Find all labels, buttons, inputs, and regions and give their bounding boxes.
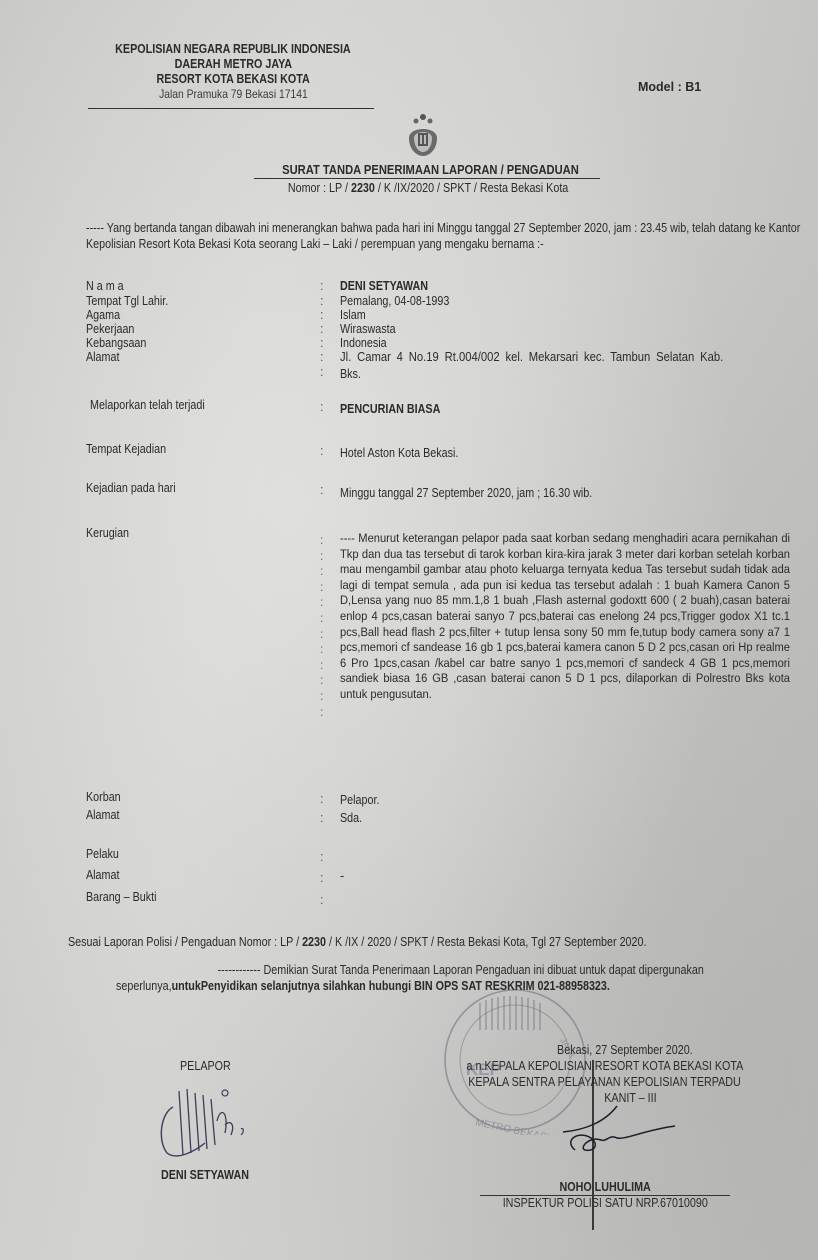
value-nama: DENI SETYAWAN — [340, 279, 442, 293]
colon-column: :::::::::::: — [320, 533, 326, 720]
label-melaporkan: Melaporkan telah terjadi — [90, 398, 223, 412]
value-kebangsaan: Indonesia — [340, 336, 394, 350]
officer-rank: INSPEKTUR POLISI SATU NRP.67010090 — [420, 1196, 790, 1210]
colon: : — [320, 444, 323, 458]
colon: : — [320, 850, 323, 864]
label-pelaku-alamat: Alamat — [86, 868, 125, 882]
header-divider — [88, 108, 374, 109]
colon: : — [320, 871, 323, 885]
closing-paragraph: ------------ Demikian Surat Tanda Peneri… — [116, 962, 806, 994]
colon: : — [320, 365, 323, 379]
reporter-title: PELAPOR — [180, 1059, 239, 1073]
header-line-3: RESORT KOTA BEKASI KOTA — [156, 72, 309, 87]
officer-signature-block: Bekasi, 27 September 2020. a.n.KEPALA KE… — [420, 1042, 790, 1106]
on-behalf-line: a.n.KEPALA KEPOLISIAN RESORT KOTA BEKASI… — [467, 1058, 744, 1074]
value-ttl: Pemalang, 04-08-1993 — [340, 294, 467, 308]
title-underline — [254, 178, 600, 179]
colon: : — [320, 400, 323, 414]
value-agama: Islam — [340, 308, 370, 322]
label-barang-bukti: Barang – Bukti — [86, 890, 168, 904]
label-pelaku: Pelaku — [86, 847, 124, 861]
intro-paragraph: ----- Yang bertanda tangan dibawah ini m… — [86, 220, 812, 252]
colon: : — [320, 308, 323, 322]
label-kejadian-pada-hari: Kejadian pada hari — [86, 481, 190, 495]
colon: : — [320, 294, 323, 308]
value-alamat-line-2: Bks. — [340, 367, 364, 381]
value-alamat: Jl. Camar 4 No.19 Rt.004/002 kel. Mekars… — [340, 350, 790, 364]
value-pekerjaan: Wiraswasta — [340, 322, 405, 336]
colon: : — [320, 792, 323, 806]
officer-name: NOHO LUHULIMA — [420, 1180, 790, 1194]
label-korban: Korban — [86, 790, 126, 804]
label-ttl: Tempat Tgl Lahir. — [86, 294, 182, 308]
institution-header: KEPOLISIAN NEGARA REPUBLIK INDONESIA DAE… — [88, 42, 378, 102]
label-pekerjaan: Pekerjaan — [86, 322, 142, 336]
document-number: Nomor : LP / 2230 / K /IX/2020 / SPKT / … — [258, 181, 598, 195]
form-model: Model : B1 — [638, 80, 701, 94]
value-kerugian: ---- Menurut keterangan pelapor pada saa… — [340, 531, 790, 703]
unit-line: KEPALA SENTRA PELAYANAN KEPOLISIAN TERPA… — [469, 1074, 742, 1090]
label-kerugian: Kerugian — [86, 526, 136, 540]
document-paper: KEPOLISIAN NEGARA REPUBLIK INDONESIA DAE… — [0, 0, 818, 1260]
colon: : — [320, 279, 323, 293]
value-pelaku-alamat: - — [340, 869, 344, 883]
place-date: Bekasi, 27 September 2020. — [557, 1042, 693, 1058]
reporter-signature-icon — [155, 1085, 265, 1165]
value-melaporkan: PENCURIAN BIASA — [340, 402, 457, 416]
colon: : — [320, 322, 323, 336]
officer-signature-icon — [555, 1100, 685, 1160]
label-alamat: Alamat — [86, 350, 125, 364]
label-agama: Agama — [86, 308, 126, 322]
value-tempat-kejadian: Hotel Aston Kota Bekasi. — [340, 446, 478, 460]
header-line-1: KEPOLISIAN NEGARA REPUBLIK INDONESIA — [115, 42, 351, 57]
label-korban-alamat: Alamat — [86, 808, 125, 822]
label-tempat-kejadian: Tempat Kejadian — [86, 442, 179, 456]
value-kejadian-pada-hari: Minggu tanggal 27 September 2020, jam ; … — [340, 486, 633, 500]
colon: : — [320, 350, 323, 364]
value-korban-alamat: Sda. — [340, 811, 366, 825]
document-title: SURAT TANDA PENERIMAAN LAPORAN / PENGADU… — [258, 162, 598, 177]
header-address: Jalan Pramuka 79 Bekasi 17141 — [159, 87, 308, 102]
colon: : — [320, 893, 323, 907]
header-line-2: DAERAH METRO JAYA — [174, 57, 291, 72]
label-kebangsaan: Kebangsaan — [86, 336, 156, 350]
police-emblem-icon — [403, 112, 443, 158]
label-nama: N a m a — [86, 279, 130, 293]
colon: : — [320, 336, 323, 350]
colon: : — [320, 811, 323, 825]
report-number: 2230 — [351, 181, 375, 195]
colon: : — [320, 483, 323, 497]
value-korban: Pelapor. — [340, 793, 386, 807]
report-reference: Sesuai Laporan Polisi / Pengaduan Nomor … — [68, 935, 818, 949]
reporter-name: DENI SETYAWAN — [161, 1168, 263, 1182]
